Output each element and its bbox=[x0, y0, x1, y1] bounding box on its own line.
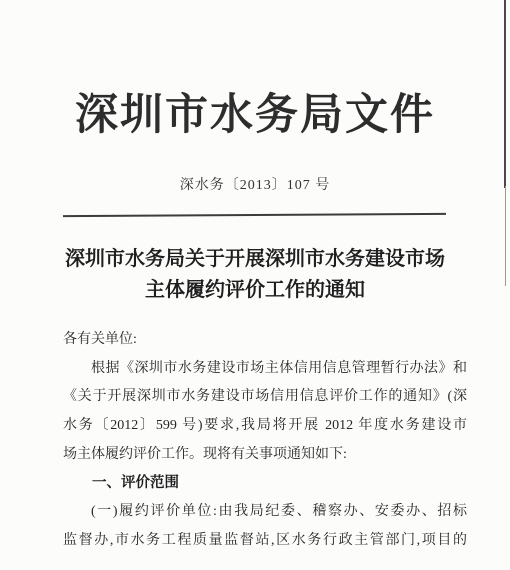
document-body: 各有关单位: 根据《深圳市水务建设市场主体信用信息管理暂行办法》和 《关于开展深… bbox=[63, 326, 467, 556]
header-divider-line bbox=[63, 213, 446, 217]
body-text-line: (一)履约评价单位:由我局纪委、稽察办、安委办、招标 bbox=[63, 498, 467, 527]
document-reference-number: 深水务〔2013〕107 号 bbox=[0, 175, 510, 197]
salutation-line: 各有关单位: bbox=[63, 326, 467, 355]
document-title: 深圳市水务局关于开展深圳市水务建设市场 主体履约评价工作的通知 bbox=[30, 244, 480, 306]
body-text-line: 水务〔2012〕599 号)要求,我局将开展 2012 年度水务建设市 bbox=[63, 412, 467, 441]
section-heading-evaluation-scope: 一、评价范围 bbox=[63, 469, 467, 498]
document-title-line-1: 深圳市水务局关于开展深圳市水务建设市场 bbox=[30, 244, 480, 275]
agency-header-title: 深圳市水务局文件 bbox=[0, 84, 510, 148]
body-text-line: 《关于开展深圳市水务建设市场信用信息评价工作的通知》(深 bbox=[63, 383, 467, 412]
scan-edge-artifact-light bbox=[505, 186, 506, 286]
document-title-line-2: 主体履约评价工作的通知 bbox=[30, 275, 480, 306]
body-text-line: 根据《深圳市水务建设市场主体信用信息管理暂行办法》和 bbox=[63, 355, 467, 384]
scanned-document-page: 深圳市水务局文件 深水务〔2013〕107 号 深圳市水务局关于开展深圳市水务建… bbox=[0, 0, 510, 570]
body-text-line: 场主体履约评价工作。现将有关事项通知如下: bbox=[63, 441, 467, 470]
body-text-line: 监督办,市水务工程质量监督站,区水务行政主管部门,项目的 bbox=[63, 527, 467, 556]
